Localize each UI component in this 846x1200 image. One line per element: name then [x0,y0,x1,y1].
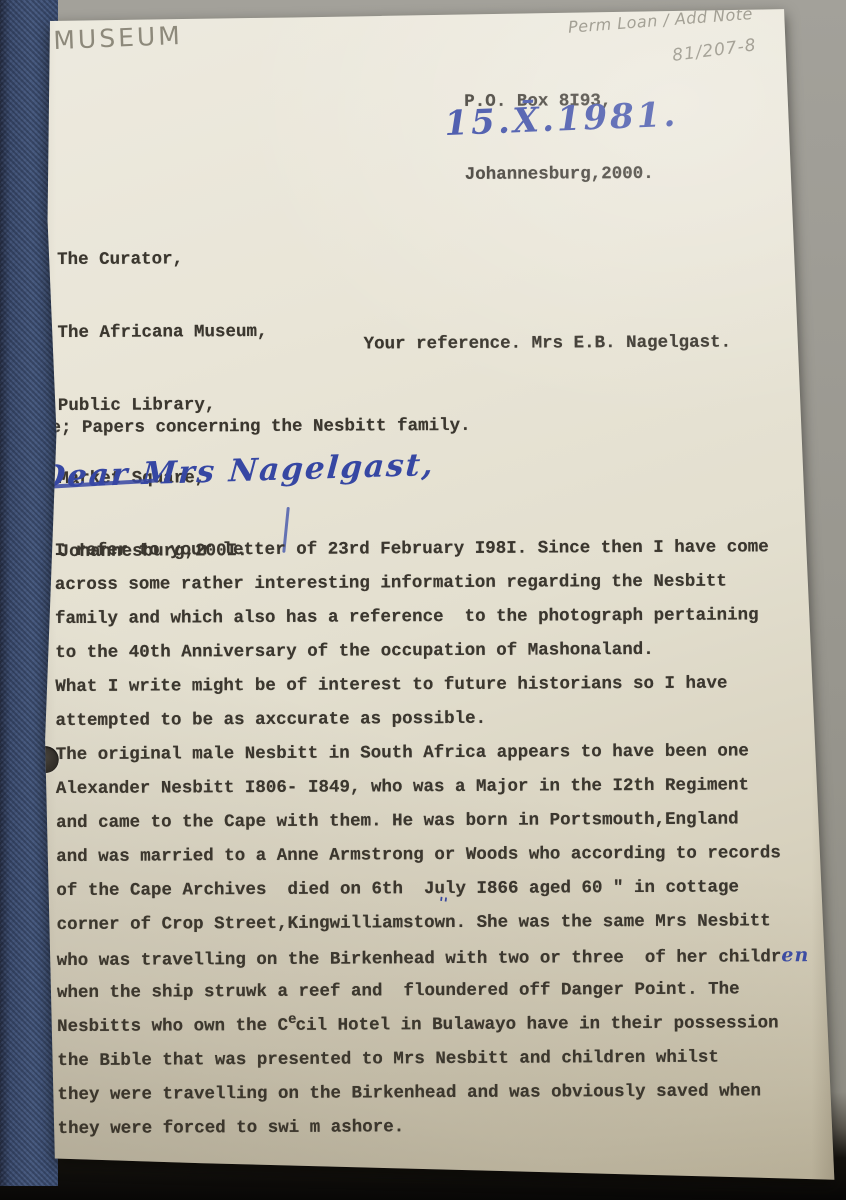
typed-line: The original male Nesbitt in South Afric… [56,734,809,772]
typed-segment: Alexander Nesbitt I806- I849, who was a … [56,775,749,799]
typed-line: and came to the Cape with them. He was b… [56,802,809,840]
handwritten-correction: en [781,944,809,966]
typed-segment: the Bible that was presented to Mrs Nesb… [57,1048,719,1071]
punch-hole [32,746,59,773]
museum-pencil-annotation: /MUSEUM [41,21,183,56]
typed-segment: of the Cape Archives died on 6th July I8… [56,877,739,901]
perm-loan-pencil-annotation: Perm Loan / Add Note [567,4,753,37]
letter-content: /MUSEUM Perm Loan / Add Note 81/207-8 P.… [24,4,842,1188]
typed-segment: The original male Nesbitt in South Afric… [56,741,749,765]
letter-body: I refer to your letter of 23rd February … [55,530,811,1146]
typed-line: and was married to a Anne Armstrong or W… [56,836,809,874]
sender-address-line: Johannesburg,2000. [465,158,654,192]
punch-hole [29,420,56,447]
typed-segment: cil Hotel in Bulawayo have in their poss… [296,1013,779,1036]
typed-segment: when the ship struwk a reef and flounder… [57,979,740,1003]
typed-segment: attempted to be as axccurate as possible… [55,709,486,731]
typed-segment: e [288,1012,295,1028]
typed-segment: they were travelling on the Birkenhead a… [57,1081,761,1105]
typed-line: family and which also has a reference to… [55,598,808,636]
typed-line: when the ship struwk a reef and flounder… [57,972,810,1010]
typed-segment: Nesbitts who own the C [57,1016,288,1037]
typed-segment: they were forced to swi m ashore. [58,1117,405,1139]
typed-line: Alexander Nesbitt I806- I849, who was a … [56,768,809,806]
typed-segment: to the 40th Anniversary of the occupatio… [55,640,654,663]
typed-segment: across some rather interesting informati… [55,572,727,596]
typed-line: of the Cape Archives died on 6th July I8… [56,870,809,908]
typed-line: they were forced to swi m ashore. [58,1108,811,1146]
letter-page-wrap: /MUSEUM Perm Loan / Add Note 81/207-8 P.… [24,8,836,1188]
typed-segment: who was travelling on the Birkenhead wit… [57,947,782,971]
typed-line: attempted to be as axccurate as possible… [55,700,808,738]
typed-segment: and was married to a Anne Armstrong or W… [56,843,781,867]
typed-segment: I refer to your letter of 23rd February … [55,537,769,561]
typed-line: across some rather interesting informati… [55,564,808,602]
typed-line: who was travelling on the Birkenhead wit… [57,938,810,976]
typed-line: they were travelling on the Birkenhead a… [57,1074,810,1112]
typed-segment: and came to the Cape with them. He was b… [56,809,739,833]
typed-line: corner of Crop Street,Kingwilliamstown. … [57,904,810,942]
recipient-address-line: The Africana Museum, [57,316,267,350]
typed-segment: What I write might be of interest to fut… [55,674,727,698]
letter-page: /MUSEUM Perm Loan / Add Note 81/207-8 P.… [24,8,836,1188]
typed-line: Nesbitts who own the Cecil Hotel in Bula… [57,1006,810,1044]
recipient-address-line: The Curator, [57,243,267,277]
typed-line: the Bible that was presented to Mrs Nesb… [57,1040,810,1078]
reference-number-pencil-annotation: 81/207-8 [671,35,758,66]
subject-line: re; Papers concerning the Nesbitt family… [40,416,471,438]
typed-segment: family and which also has a reference to… [55,605,759,629]
typed-segment: corner of Crop Street,Kingwilliamstown. … [57,911,771,935]
typed-line: What I write might be of interest to fut… [55,666,808,704]
typed-line: to the 40th Anniversary of the occupatio… [55,632,808,670]
typed-line: I refer to your letter of 23rd February … [55,530,808,568]
your-reference-line: Your reference. Mrs E.B. Nagelgast. [364,333,732,355]
